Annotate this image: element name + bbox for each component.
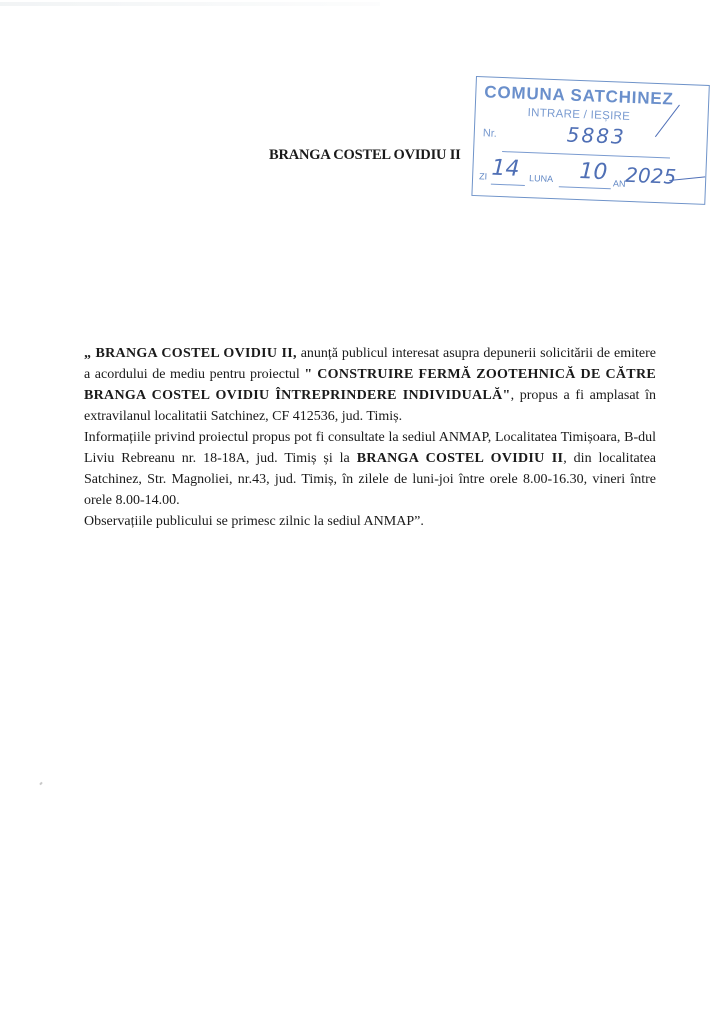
applicant-name-2: BRANGA COSTEL OVIDIU II	[357, 451, 564, 466]
open-quote: „	[84, 346, 96, 361]
notice-paragraph-announcement: „ BRANGA COSTEL OVIDIU II, anunță public…	[84, 343, 656, 427]
header-title: BRANGA COSTEL OVIDIU II	[269, 147, 461, 164]
stamp-an-value: 2025	[625, 163, 677, 189]
applicant-name: BRANGA COSTEL OVIDIU II,	[96, 346, 297, 361]
pen-stroke-mark	[655, 105, 680, 137]
stamp-subtitle: INTRARE / IEȘIRE	[527, 107, 630, 123]
scan-speck	[39, 782, 42, 786]
registration-stamp: COMUNA SATCHINEZ INTRARE / IEȘIRE Nr. 58…	[471, 76, 709, 205]
stamp-nr-label: Nr.	[483, 127, 498, 140]
stamp-zi-label: ZI	[479, 171, 487, 181]
stamp-zi-value: 14	[491, 156, 520, 182]
stamp-luna-value: 10	[579, 159, 608, 185]
stamp-nr-line	[502, 151, 670, 158]
stamp-nr-value: 5883	[566, 123, 626, 149]
notice-paragraph-observations: Observațiile publicului se primesc zilni…	[84, 511, 656, 532]
stamp-an-label: AN	[613, 178, 626, 188]
stamp-zi-line	[491, 184, 525, 186]
stamp-luna-line	[559, 186, 611, 189]
scan-edge-artifact	[0, 2, 380, 6]
notice-paragraph-consultation: Informațiile privind proiectul propus po…	[84, 427, 656, 511]
public-notice: „ BRANGA COSTEL OVIDIU II, anunță public…	[84, 343, 656, 532]
stamp-luna-label: LUNA	[529, 173, 553, 184]
stamp-title: COMUNA SATCHINEZ	[484, 82, 674, 109]
